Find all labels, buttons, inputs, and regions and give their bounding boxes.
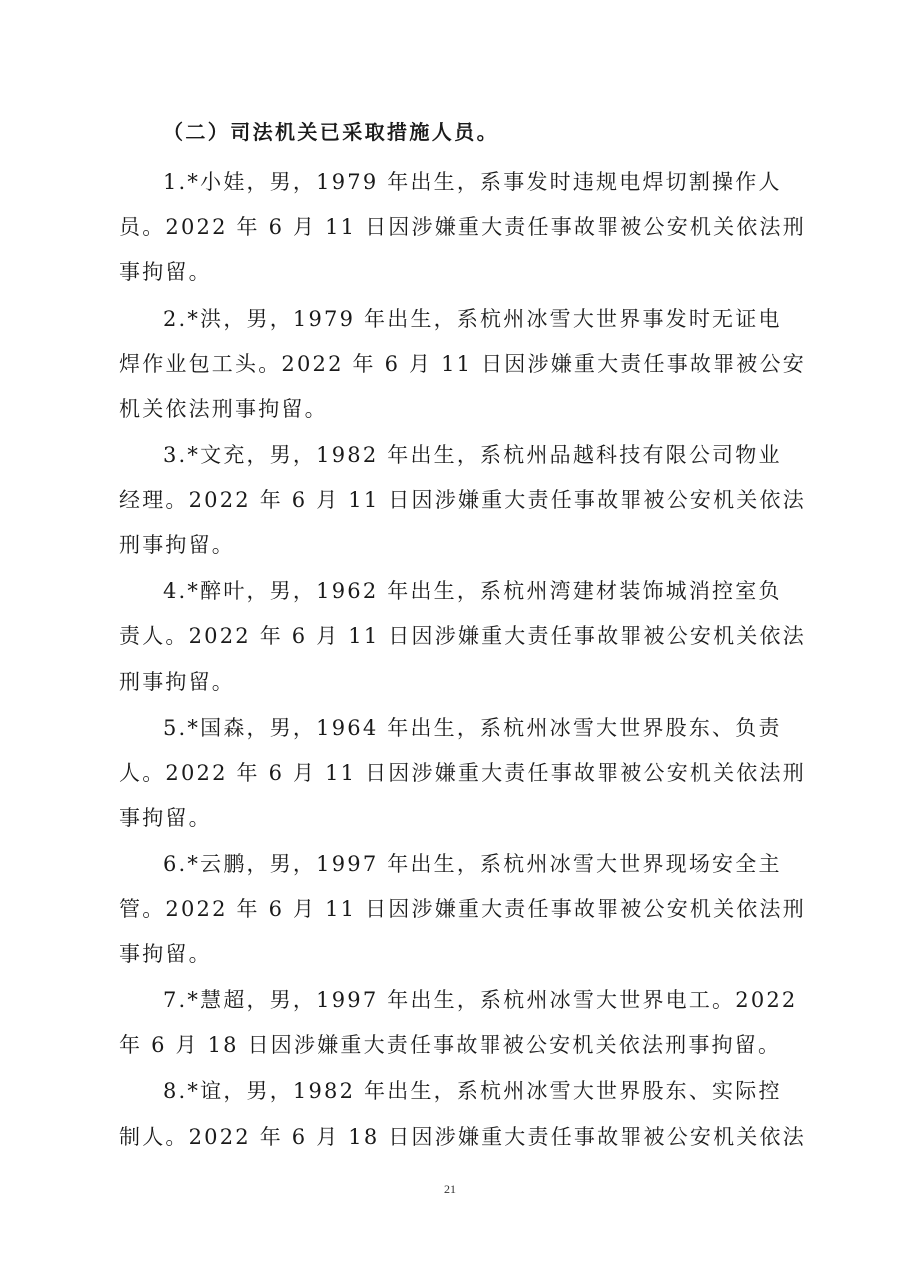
item-line: 2.*洪，男，1979 年出生，系杭州冰雪大世界事发时无证电 [163, 304, 823, 334]
item-line: 责人。2022 年 6 月 11 日因涉嫌重大责任事故罪被公安机关依法 [119, 621, 779, 651]
item-line: 事拘留。 [119, 939, 779, 969]
item-line: 刑事拘留。 [119, 667, 779, 697]
item-line: 员。2022 年 6 月 11 日因涉嫌重大责任事故罪被公安机关依法刑 [119, 212, 779, 242]
item-line: 年 6 月 18 日因涉嫌重大责任事故罪被公安机关依法刑事拘留。 [119, 1030, 779, 1060]
item-line: 1.*小娃，男，1979 年出生，系事发时违规电焊切割操作人 [163, 167, 823, 197]
item-line: 事拘留。 [119, 803, 779, 833]
item-line: 7.*慧超，男，1997 年出生，系杭州冰雪大世界电工。2022 [163, 985, 823, 1015]
item-line: 人。2022 年 6 月 11 日因涉嫌重大责任事故罪被公安机关依法刑 [119, 758, 779, 788]
item-line: 事拘留。 [119, 257, 779, 287]
item-line: 8.*谊，男，1982 年出生，系杭州冰雪大世界股东、实际控 [163, 1076, 823, 1106]
section-heading: （二）司法机关已采取措施人员。 [163, 117, 823, 147]
page-number: 21 [0, 1182, 900, 1197]
item-line: 6.*云鹏，男，1997 年出生，系杭州冰雪大世界现场安全主 [163, 849, 823, 879]
item-line: 管。2022 年 6 月 11 日因涉嫌重大责任事故罪被公安机关依法刑 [119, 894, 779, 924]
item-line: 经理。2022 年 6 月 11 日因涉嫌重大责任事故罪被公安机关依法 [119, 485, 779, 515]
item-line: 制人。2022 年 6 月 18 日因涉嫌重大责任事故罪被公安机关依法 [119, 1122, 779, 1152]
item-line: 焊作业包工头。2022 年 6 月 11 日因涉嫌重大责任事故罪被公安 [119, 349, 779, 379]
item-line: 3.*文充，男，1982 年出生，系杭州品越科技有限公司物业 [163, 440, 823, 470]
item-line: 5.*国森，男，1964 年出生，系杭州冰雪大世界股东、负责 [163, 713, 823, 743]
item-line: 4.*醉叶，男，1962 年出生，系杭州湾建材装饰城消控室负 [163, 576, 823, 606]
item-line: 刑事拘留。 [119, 530, 779, 560]
item-line: 机关依法刑事拘留。 [119, 394, 779, 424]
